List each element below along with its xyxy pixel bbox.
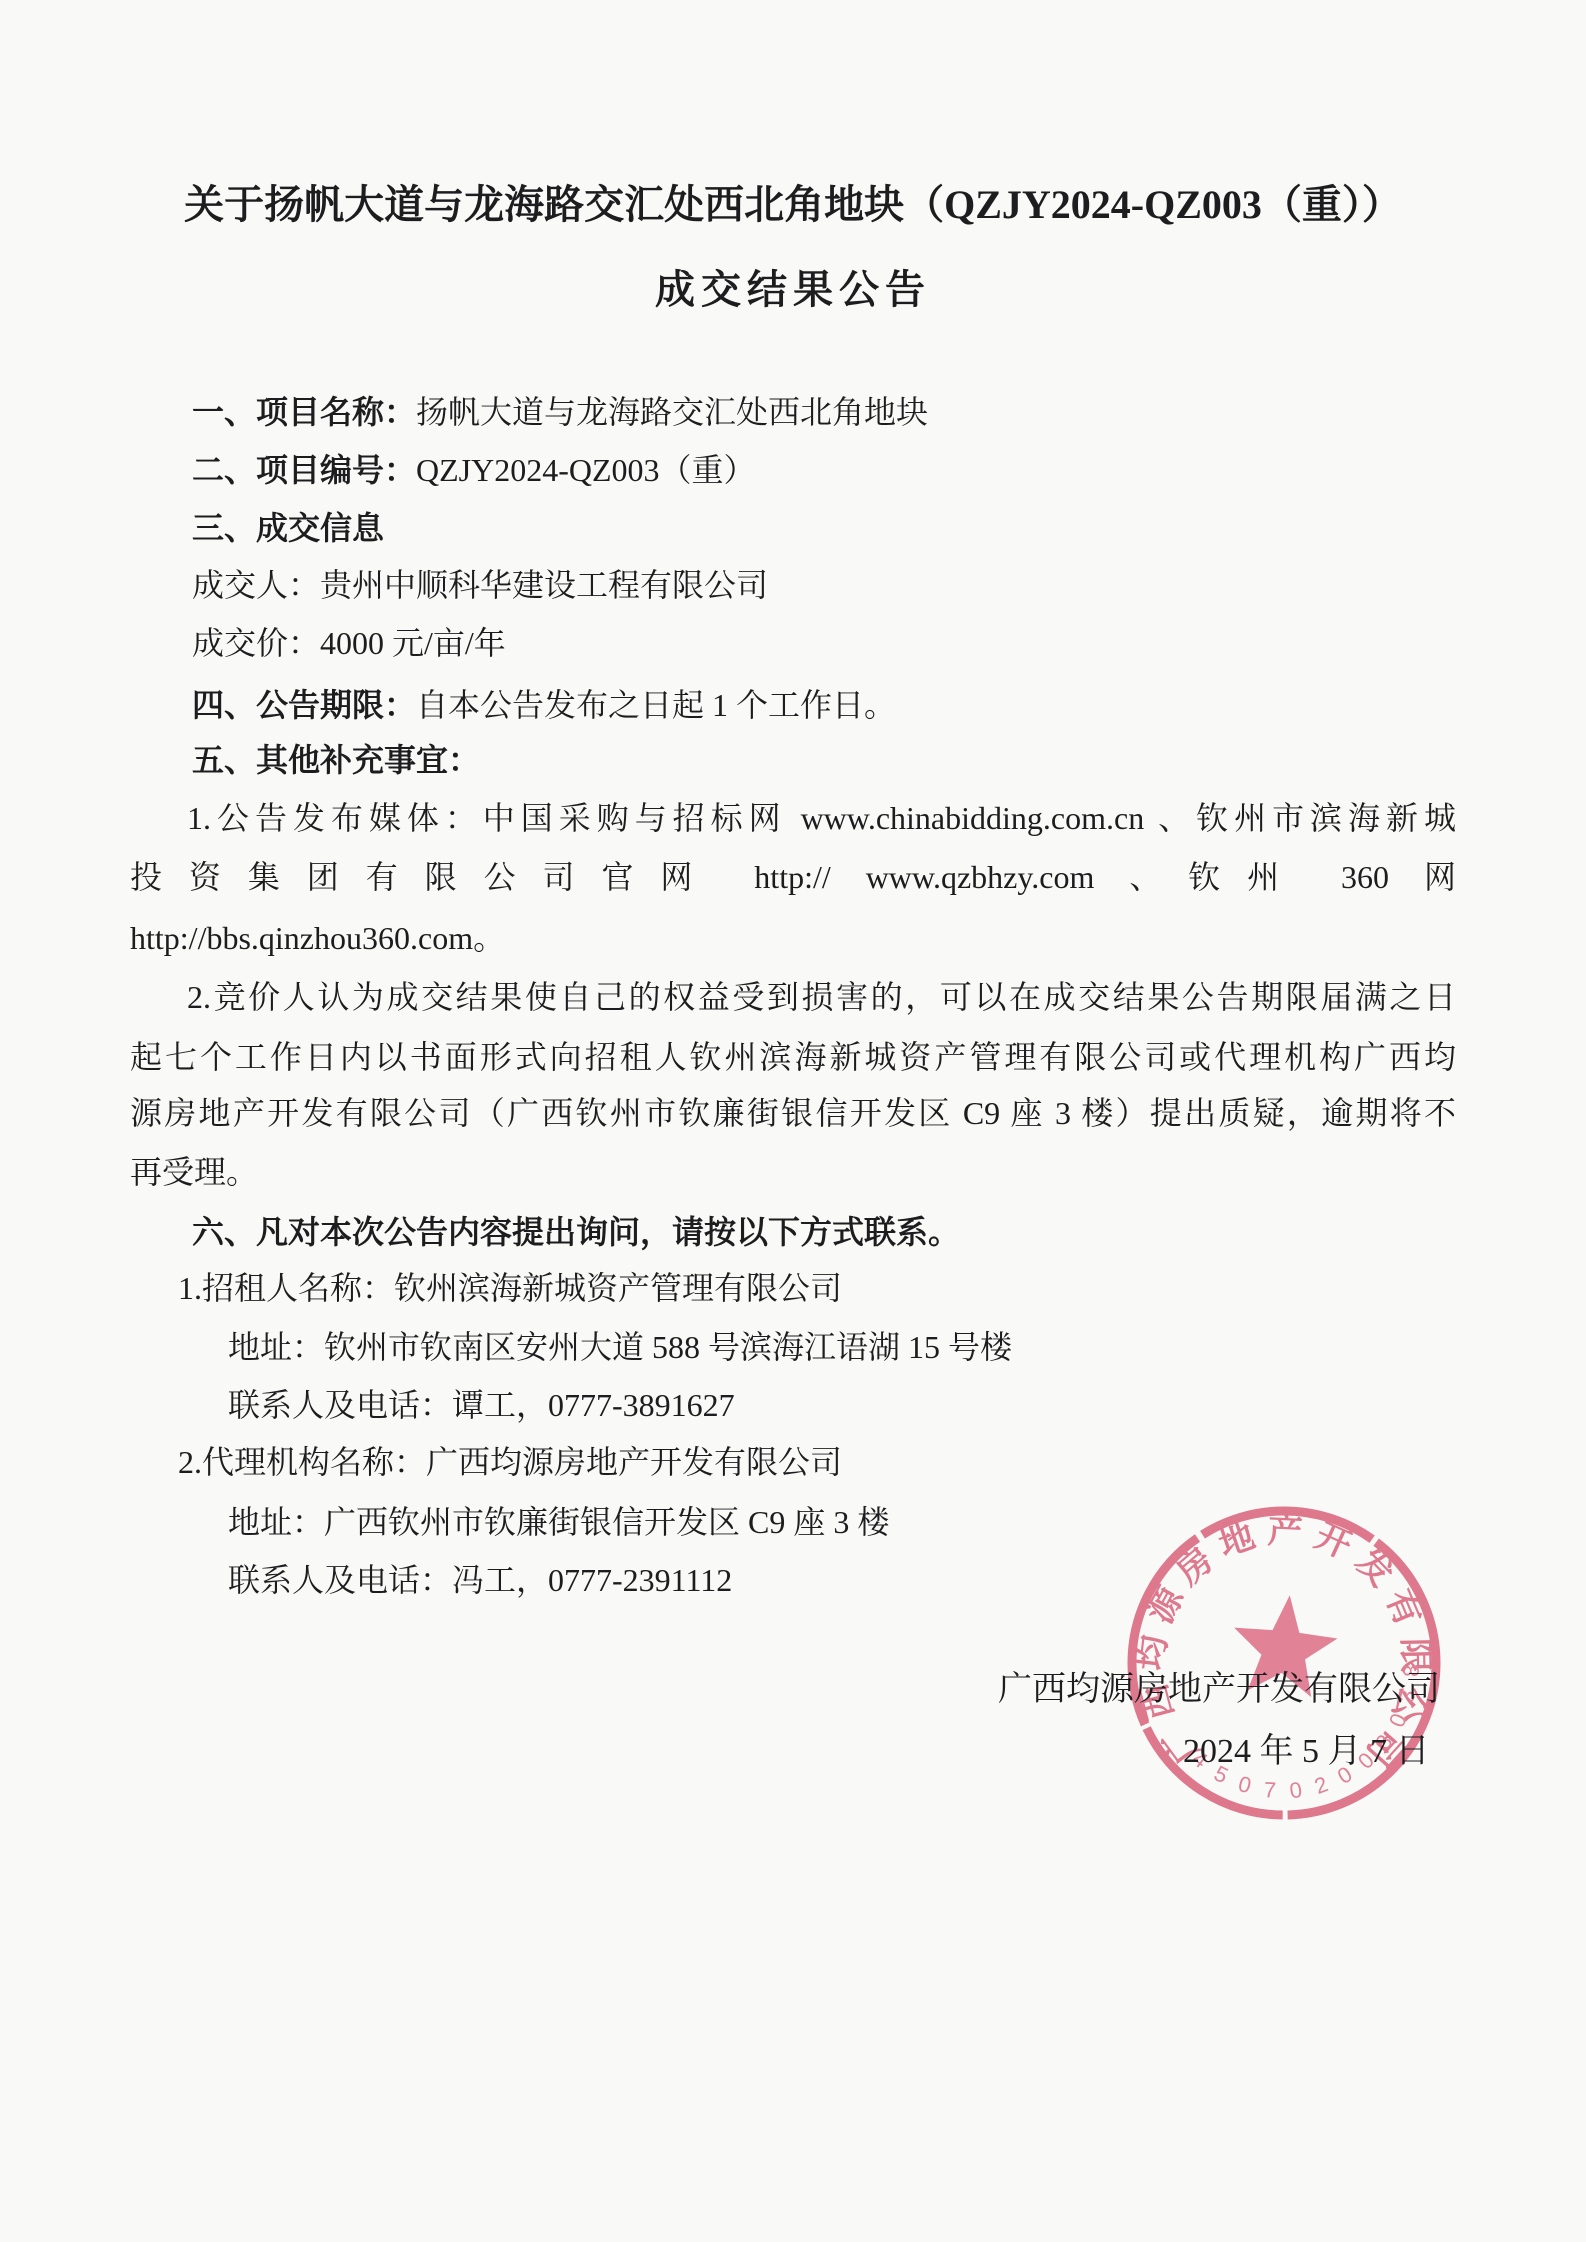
- deal-price: 成交价：4000 元/亩/年: [192, 621, 506, 665]
- winner-value: 贵州中顺科华建设工程有限公司: [320, 567, 768, 603]
- announcement-document: 关于扬帆大道与龙海路交汇处西北角地块（QZJY2024-QZ003（重）） 成交…: [0, 0, 1586, 2242]
- document-title-line2: 成交结果公告: [130, 265, 1456, 315]
- objection-paragraph-line1: 2.竞价人认为成交结果使自己的权益受到损害的，可以在成交结果公告期限届满之日: [130, 975, 1456, 1019]
- media-paragraph-line3: http://bbs.qinzhou360.com。: [130, 916, 505, 960]
- objection-paragraph-line4: 再受理。: [130, 1150, 258, 1194]
- price-value: 4000 元/亩/年: [320, 625, 506, 661]
- section-supplements: 五、其他补充事宜：: [192, 738, 480, 782]
- section-contact: 六、凡对本次公告内容提出询问，请按以下方式联系。: [192, 1210, 960, 1254]
- agent-name: 2.代理机构名称：广西均源房地产开发有限公司: [178, 1440, 842, 1484]
- media-paragraph-line2: 投资集团有限公司官网 http:// www.qzbhzy.com 、钦州 36…: [130, 855, 1456, 899]
- section-label: 五、其他补充事宜：: [192, 742, 480, 778]
- document-title-line1: 关于扬帆大道与龙海路交汇处西北角地块（QZJY2024-QZ003（重））: [130, 180, 1456, 230]
- winner-label: 成交人：: [192, 567, 320, 603]
- signature-date: 2024 年 5 月 7 日: [1183, 1728, 1430, 1776]
- lessor-address: 地址：钦州市钦南区安州大道 588 号滨海江语湖 15 号楼: [228, 1325, 1012, 1369]
- section-label: 二、项目编号：: [192, 452, 416, 488]
- section-project-name: 一、项目名称：扬帆大道与龙海路交汇处西北角地块: [192, 390, 928, 434]
- section-label: 六、凡对本次公告内容提出询问，请按以下方式联系。: [192, 1214, 960, 1250]
- deal-winner: 成交人：贵州中顺科华建设工程有限公司: [192, 563, 768, 607]
- section-label: 一、项目名称：: [192, 394, 416, 430]
- objection-paragraph-line3: 源房地产开发有限公司（广西钦州市钦廉街银信开发区 C9 座 3 楼）提出质疑，逾…: [130, 1091, 1456, 1135]
- agent-phone: 联系人及电话：冯工，0777-2391112: [228, 1558, 732, 1602]
- lessor-name: 1.招租人名称：钦州滨海新城资产管理有限公司: [178, 1266, 842, 1310]
- company-seal: 广西均源房地产开发有限公司 450702003038: [1119, 1498, 1449, 1828]
- section-deal-info: 三、成交信息: [192, 506, 384, 550]
- lessor-phone: 联系人及电话：谭工，0777-3891627: [228, 1383, 735, 1427]
- section-value: 自本公告发布之日起 1 个工作日。: [416, 687, 896, 723]
- section-label: 三、成交信息: [192, 510, 384, 546]
- section-project-number: 二、项目编号：QZJY2024-QZ003（重）: [192, 448, 756, 492]
- section-label: 四、公告期限：: [192, 687, 416, 723]
- section-value: QZJY2024-QZ003（重）: [416, 452, 756, 488]
- section-value: 扬帆大道与龙海路交汇处西北角地块: [416, 394, 928, 430]
- objection-paragraph-line2: 起七个工作日内以书面形式向招租人钦州滨海新城资产管理有限公司或代理机构广西均: [130, 1035, 1456, 1079]
- agent-address: 地址：广西钦州市钦廉街银信开发区 C9 座 3 楼: [228, 1500, 889, 1544]
- section-notice-period: 四、公告期限：自本公告发布之日起 1 个工作日。: [192, 683, 896, 727]
- media-paragraph-line1: 1.公告发布媒体：中国采购与招标网 www.chinabidding.com.c…: [130, 796, 1456, 840]
- price-label: 成交价：: [192, 625, 320, 661]
- signature-company: 广西均源房地产开发有限公司: [998, 1666, 1440, 1714]
